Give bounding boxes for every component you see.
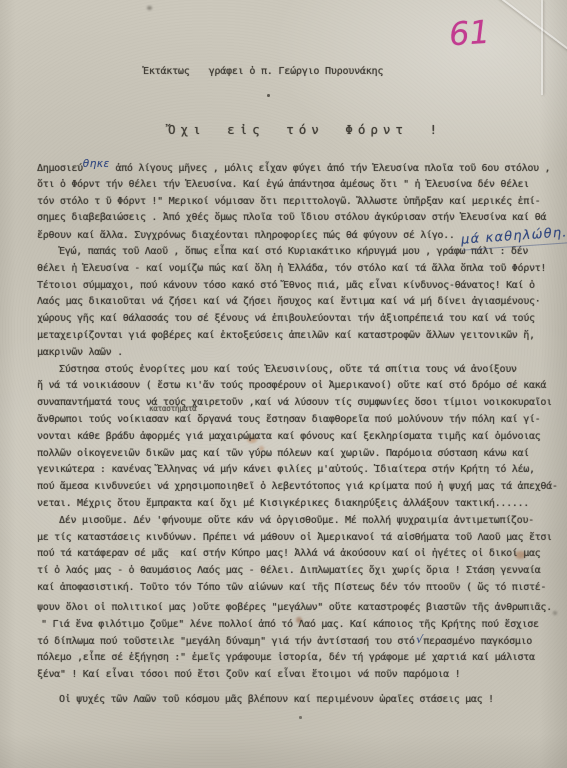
document-body: Δημοσιεύθηκε ἀπό λίγους μῆνες , μόλις εἶ… [37,160,555,709]
typewritten-line: νονται κάθε βράδυ ἀφορμές γιά μαχαιρώματ… [37,429,555,446]
line-segment: τό δίπλωμα πού τοῦστειλε "μεγάλη δύναμη"… [37,636,415,647]
typewritten-line: ἄνθρωποι τούς νοίκιασαν καί ὄργανά τους … [37,412,555,429]
typewritten-line: πόλεμο ,εἶπε σέ ἐξήγηση :" ἐμεῖς γράφουμ… [37,650,555,667]
typewritten-line: καί ἀποφασιστική. Τοῦτο τόν Τόπο τῶν αἰώ… [37,580,555,597]
typewritten-line: πολλῶν οἰκογενειῶν δικῶν μας καί τῶν γύρ… [37,446,555,463]
typewritten-line: τό δίπλωμα πού τοῦστειλε "μεγάλη δύναμη"… [37,633,555,650]
typewritten-line: γενικώτερα : κανένας Ἕλληνας νά μήν κάνε… [37,462,555,479]
byline: Ἐκτάκτωςγράφει ὁ π. Γεώργιο Πυρουνάκης [143,66,383,77]
typewritten-line: μακρινῶν λαῶν . [37,345,555,362]
line-segment: ἀπό λίγους μῆνες , μόλις εἶχαν φύγει ἀπό… [110,163,550,174]
typewritten-line: Σύστησα στούς ἐνορίτες μου καί τούς Ἐλευ… [37,362,555,379]
handwritten-correction: θηκε [83,158,110,170]
typewritten-line: θέλει ἡ Ἐλευσίνα - καί νομίζω πώς καί ὅλ… [37,261,555,278]
line-segment: Δημοσιεύ [37,163,83,174]
typewritten-line: ἤ νά τά νοικιάσουν ( ἔστω κι'ἄν τούς προ… [37,378,555,395]
typewritten-line: " Γιά ἕνα φιλότιμο ζοῦμε" λένε πολλοί ἀπ… [37,617,555,634]
byline-prefix: Ἐκτάκτως [143,66,190,77]
typewritten-line: πού τά κατάφεραν σέ μᾶς καί στήν Κύπρο μ… [37,546,555,563]
typewritten-line: πού ἄμεσα κινδυνεύει νά χρησιμοποιηθεῖ ὁ… [37,479,555,496]
typewritten-line: συναπαντήματά τους νά τούς χαιρετοῦν ,κα… [37,395,555,412]
ink-dot [267,94,270,97]
typewritten-line: ξένα" ! Καί εἶναι τόσοι πού ἔτσι ζοῦν κα… [37,667,555,684]
typewritten-line: ὅτι ὁ Φόρντ τήν θέλει τήν Ἐλευσίνα. Καί … [37,177,555,194]
typewritten-line: μεταχειρίζονται γιά φοβέρες καί ἐκτοξεύσ… [37,328,555,345]
paper-speck [147,6,152,10]
handwritten-checkmark: √ [415,632,423,649]
ink-dot [299,716,302,719]
typewritten-line: Δημοσιεύθηκε ἀπό λίγους μῆνες , μόλις εἶ… [37,160,555,177]
line-segment: περασμένο παγκόσμιο [423,636,532,647]
typewritten-line: νεται. Μέχρις ὅτου ἔμπρακτα καί ὄχι μέ Κ… [37,496,555,513]
document-title: Ὄχι εἰς τόν Φόρντ ! [168,122,442,137]
typewritten-line: Λαός μας δικαιοῦται νά ζήσει καί νά ζήσε… [37,294,555,311]
typewritten-line: σημες διαβεβαιώσεις . Ἀπό χθές ὅμως πλοῖ… [37,210,555,227]
typewritten-line: χώρους γῆς καί θάλασσάς του σέ ξένους νά… [37,311,555,328]
typewritten-line: ἔρθουν καί ἄλλα. Συγχρόνως διαχέονται πλ… [37,227,555,244]
typewritten-line: τόν στόλο τ ῦ Φόρντ !" Μερικοί νόμισαν ὅ… [37,194,555,211]
page-number-annotation: 61 [448,13,491,54]
typewritten-line: Οἱ ψυχές τῶν Λαῶν τοῦ κόσμου μᾶς βλέπουν… [37,692,555,709]
typewritten-line: με τίς καταστάσεις κινδύνων. Πρέπει νά μ… [37,530,555,547]
typewritten-line: Τέτοιοι σύμμαχοι, πού κάνουν τόσο κακό σ… [37,278,555,295]
typewritten-line: τί ὁ λαός μας - ὁ θαυμάσιος Λαός μας - θ… [37,563,555,580]
typewritten-line: Δέν μισοῦμε. Δέν 'φήνουμε οὔτε κάν νά ὀρ… [37,513,555,530]
typewritten-line: ψουν ὅλοι οἱ πολιτικοί μας )οὔτε φοβέρες… [37,600,555,617]
line-segment: ἔρθουν καί ἄλλα. Συγχρόνως διαχέονται πλ… [37,230,455,241]
paper-crease-right [541,0,543,95]
scanned-document-page: 61 Ἐκτάκτωςγράφει ὁ π. Γεώργιο Πυρουνάκη… [0,0,567,768]
interline-insertion: καταστήματα [149,404,196,413]
byline-text: γράφει ὁ π. Γεώργιο Πυρουνάκης [209,66,384,77]
